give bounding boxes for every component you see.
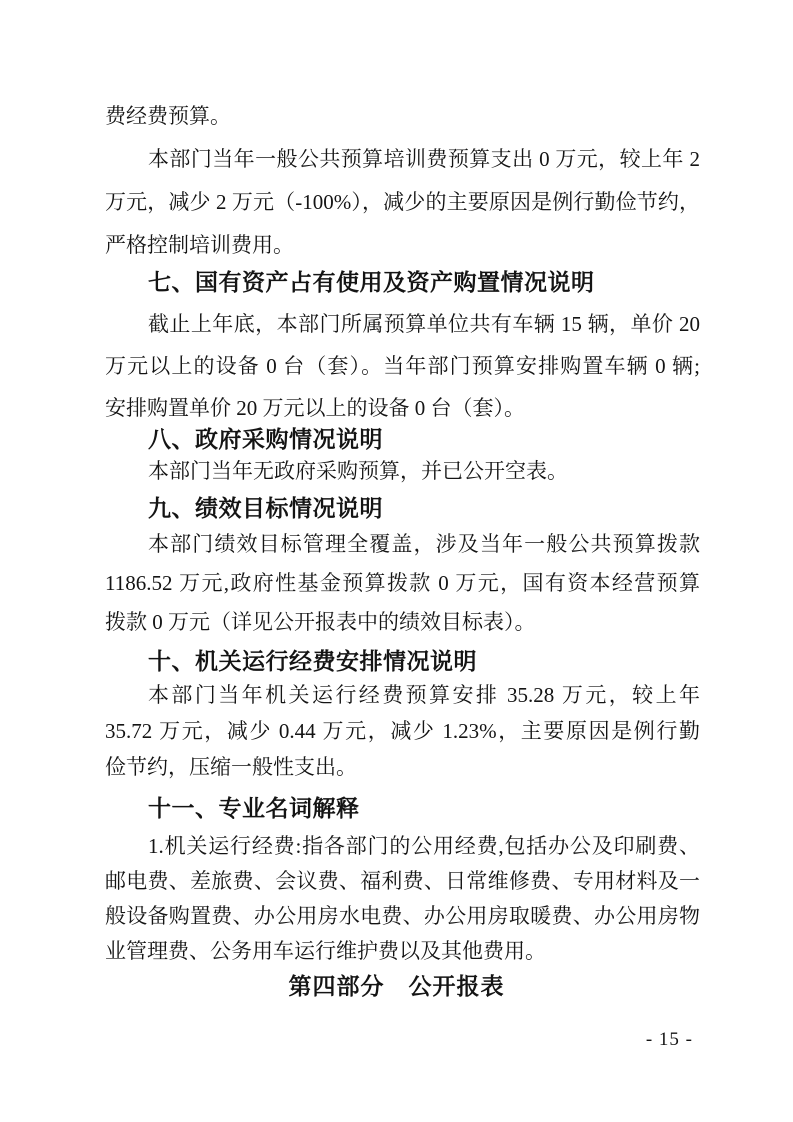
heading-section-11: 十一、专业名词解释 [105, 793, 743, 823]
text-line: 般设备购置费、办公用房水电费、办公用房取暖费、办公用房物 [105, 899, 700, 934]
heading-section-9: 九、绩效目标情况说明 [105, 493, 743, 523]
text-line: 本部门当年机关运行经费预算安排 35.28 万元，较上年 [105, 677, 700, 713]
text-line: 万元以上的设备 0 台（套）。当年部门预算安排购置车辆 0 辆; [105, 345, 700, 387]
text-line: 本部门当年无政府采购预算，并已公开空表。 [105, 450, 700, 492]
text-line: 拨款 0 万元（详见公开报表中的绩效目标表）。 [105, 603, 700, 642]
text-line: 35.72 万元，减少 0.44 万元，减少 1.23%，主要原因是例行勤 [105, 713, 700, 749]
text-line: 本部门绩效目标管理全覆盖，涉及当年一般公共预算拨款 [105, 525, 700, 564]
heading-section-10: 十、机关运行经费安排情况说明 [105, 646, 743, 676]
heading-text: 十、机关运行经费安排情况说明 [148, 646, 743, 676]
heading-text: 十一、专业名词解释 [148, 793, 743, 823]
heading-text: 七、国有资产占有使用及资产购置情况说明 [148, 267, 743, 297]
text-line: 1186.52 万元,政府性基金预算拨款 0 万元，国有资本经营预算 [105, 564, 700, 603]
paragraph-operating-cost: 本部门当年机关运行经费预算安排 35.28 万元，较上年 35.72 万元，减少… [105, 677, 700, 785]
paragraph-continuation: 费经费预算。 [105, 95, 700, 138]
part-four-title: 第四部分 公开报表 [0, 971, 793, 1001]
heading-text: 九、绩效目标情况说明 [148, 493, 743, 523]
page-number: - 15 - [646, 1028, 693, 1052]
text-line: 邮电费、差旅费、会议费、福利费、日常维修费、专用材料及一 [105, 864, 700, 899]
paragraph-procurement: 本部门当年无政府采购预算，并已公开空表。 [105, 450, 700, 492]
text-line: 万元，减少 2 万元（-100%），减少的主要原因是例行勤俭节约， [105, 181, 700, 224]
heading-section-7: 七、国有资产占有使用及资产购置情况说明 [105, 267, 743, 297]
paragraph-assets: 截止上年底，本部门所属预算单位共有车辆 15 辆，单价 20 万元以上的设备 0… [105, 303, 700, 429]
text-line: 业管理费、公务用车运行维护费以及其他费用。 [105, 934, 700, 969]
text-line: 俭节约，压缩一般性支出。 [105, 749, 700, 785]
document-page: { "document": { "ink_color": "#141414", … [0, 0, 793, 1122]
text-line: 截止上年底，本部门所属预算单位共有车辆 15 辆，单价 20 [105, 303, 700, 345]
text-line: 严格控制培训费用。 [105, 224, 700, 267]
text-line: 1.机关运行经费:指各部门的公用经费,包括办公及印刷费、 [105, 829, 700, 864]
paragraph-performance: 本部门绩效目标管理全覆盖，涉及当年一般公共预算拨款 1186.52 万元,政府性… [105, 525, 700, 642]
paragraph-training-fee: 本部门当年一般公共预算培训费预算支出 0 万元，较上年 2 万元，减少 2 万元… [105, 138, 700, 267]
text-line: 安排购置单价 20 万元以上的设备 0 台（套）。 [105, 387, 700, 429]
text-line: 费经费预算。 [105, 95, 700, 138]
text-line: 本部门当年一般公共预算培训费预算支出 0 万元，较上年 2 [105, 138, 700, 181]
paragraph-term-definition: 1.机关运行经费:指各部门的公用经费,包括办公及印刷费、 邮电费、差旅费、会议费… [105, 829, 700, 969]
